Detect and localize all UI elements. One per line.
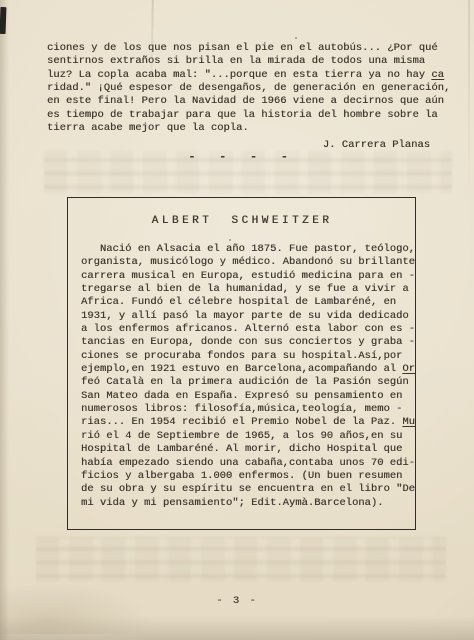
text-line: San Mateo dada en España. Expresó su pen… (81, 390, 411, 403)
scan-edge-mark (0, 7, 6, 34)
text-line: es tiempo de trabajar para que la histor… (47, 109, 450, 122)
text-line: mi vida y mi pensamiento"; Edit.Aymà.Bar… (81, 497, 411, 510)
text-line: Africa. Fundó el célebre hospital de Lam… (81, 296, 411, 309)
ink-speck (295, 37, 297, 39)
text-line: ridad." ¡Qué espesor de desengaños, de g… (47, 82, 450, 95)
text-line: 1931, y allí pasó la mayor parte de su v… (81, 310, 411, 323)
text-line: ciones y de los que nos pisan el pie en … (47, 42, 450, 55)
text-line: sentirnos extraños si brilla en la mirad… (47, 55, 450, 68)
paper-crease (468, 0, 470, 190)
scan-edge-shadow (0, 0, 9, 640)
scanned-page: ciones y de los que nos pisan el pie en … (0, 0, 474, 640)
text-line: ejemplo,en 1921 estuvo en Barcelona,acom… (81, 363, 411, 376)
text-line: carrera musical en Europa, estudió medic… (81, 270, 411, 283)
text-line: organista, musicólogo y médico. Abandonó… (81, 256, 411, 269)
dash-separator: - - - - (6, 151, 474, 164)
box-title: ALBERT SCHWEITZER (77, 215, 407, 227)
box-body: Nació en Alsacia el año 1875. Fue pastor… (81, 243, 411, 510)
text-line: feó Català en la primera audición de la … (81, 376, 411, 389)
ink-speck (229, 239, 231, 241)
text-line: Hospital de Lambaréné. Al morir, dicho H… (81, 443, 411, 456)
text-line: tierra acabe mejor que la copla. (47, 122, 450, 135)
text-line: rió el 4 de Septiembre de 1965, a los 90… (81, 430, 411, 443)
text-line: tregarse al bien de la humanidad, y se f… (81, 283, 411, 296)
text-line: de su obra y su espíritu se encuentra en… (81, 483, 411, 496)
text-line: ciones se procuraba fondos para su hospi… (81, 350, 411, 363)
text-line: tancias en Europa, donde con sus concier… (81, 336, 411, 349)
intro-paragraph: ciones y de los que nos pisan el pie en … (47, 42, 450, 135)
text-line: numerosos libros: filosofía,música,teolo… (81, 403, 411, 416)
text-line: rias... En 1954 recibió el Premio Nobel … (81, 416, 411, 429)
text-line: luz? La copla acaba mal: "...porque en e… (47, 69, 450, 82)
schweitzer-box: ALBERT SCHWEITZER Nació en Alsacia el añ… (67, 197, 416, 530)
text-line: había empezado siendo una cabaña,contaba… (81, 457, 411, 470)
text-line: en este final! Pero la Navidad de 1966 v… (47, 95, 450, 108)
text-line: Nació en Alsacia el año 1875. Fue pastor… (81, 243, 411, 256)
text-line: a los enfermos africanos. Alternó esta l… (81, 323, 411, 336)
text-line: ficios y albergaba 1.000 enfermos. (Un b… (81, 470, 411, 483)
scan-shadow (0, 616, 474, 640)
